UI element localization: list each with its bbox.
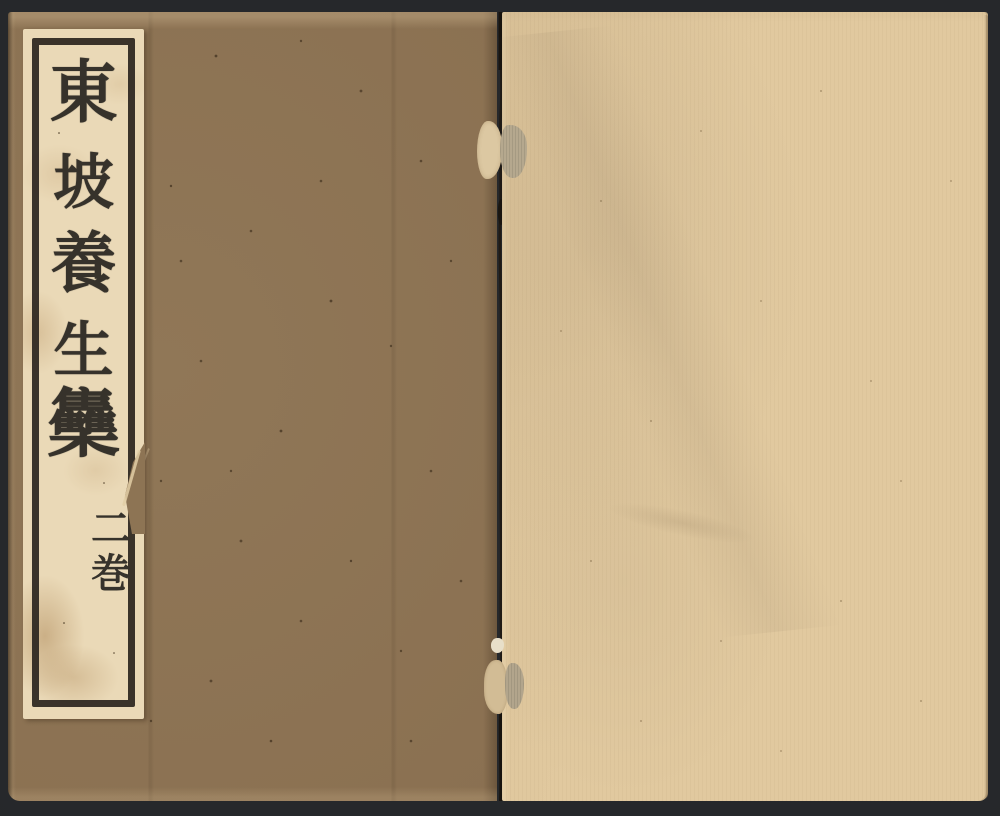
- title-char-1: 東: [39, 59, 128, 127]
- blank-page: [502, 12, 988, 801]
- slip-speckles: [23, 29, 25, 31]
- title-char-4: 生: [39, 321, 128, 381]
- volume-char-2: 巻: [87, 553, 135, 595]
- title-char-2: 坡: [39, 153, 128, 213]
- title-slip: 東 坡 養 生 雧 二 巻: [23, 29, 144, 719]
- page-water-stain: [480, 8, 843, 656]
- cover-speckles: [8, 12, 10, 14]
- title-char-3: 養: [39, 230, 128, 296]
- title-char-5: 雧: [39, 388, 128, 462]
- page-speckles: [502, 12, 504, 14]
- volume-label: 二 巻: [87, 508, 135, 595]
- book-photograph: 東 坡 養 生 雧 二 巻: [0, 0, 1000, 816]
- book-cover: 東 坡 養 生 雧 二 巻: [8, 12, 497, 801]
- volume-char-1: 二: [87, 508, 135, 550]
